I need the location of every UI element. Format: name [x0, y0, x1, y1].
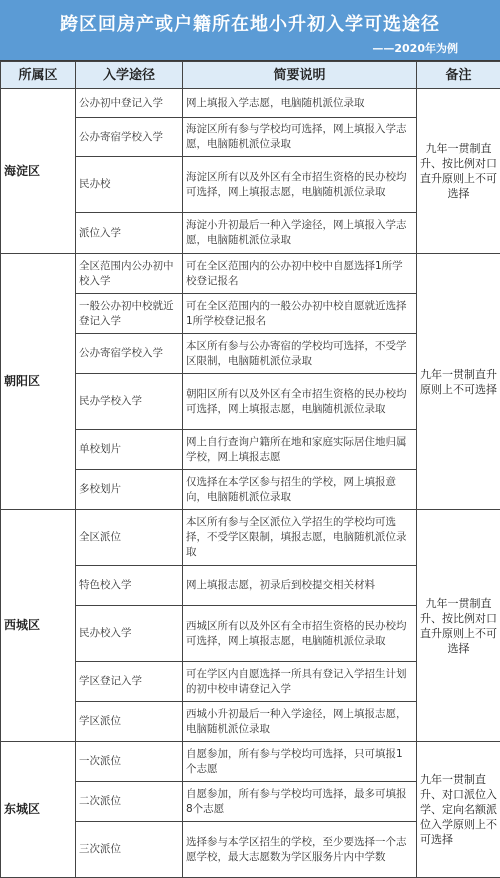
page-title: 跨区回房产或户籍所在地小升初入学可选途径 — [0, 10, 500, 36]
description-cell: 可在全区范围内的一般公办初中校自愿就近选择1所学校登记报名 — [183, 294, 417, 334]
route-cell: 三次派位 — [76, 822, 183, 878]
description-cell: 西城小升初最后一种入学途径，网上填报志愿，电脑随机派位录取 — [183, 702, 417, 742]
route-cell: 民办校 — [76, 157, 183, 213]
title-bar: 跨区回房产或户籍所在地小升初入学可选途径 ——2020年为例 — [0, 0, 500, 61]
description-cell: 网上填报志愿，初录后到校提交相关材料 — [183, 566, 417, 606]
page-subtitle: ——2020年为例 — [372, 40, 458, 56]
route-cell: 公办初中登记入学 — [76, 89, 183, 118]
route-cell: 学区登记入学 — [76, 662, 183, 702]
description-cell: 本区所有参与公办寄宿的学校均可选择，不受学区限制，电脑随机派位录取 — [183, 334, 417, 374]
route-cell: 全区范围内公办初中校入学 — [76, 254, 183, 294]
district-cell: 海淀区 — [1, 89, 76, 254]
description-cell: 自愿参加，所有参与学校均可选择，最多可填报8个志愿 — [183, 782, 417, 822]
description-cell: 海淀小升初最后一种入学途径，网上填报入学志愿，电脑随机派位录取 — [183, 213, 417, 254]
route-cell: 一次派位 — [76, 742, 183, 782]
description-cell: 可在学区内自愿选择一所具有登记入学招生计划的初中校申请登记入学 — [183, 662, 417, 702]
description-cell: 网上自行查询户籍所在地和家庭实际居住地归属学校，网上填报志愿 — [183, 430, 417, 470]
table-row: 东城区一次派位自愿参加，所有参与学校均可选择，只可填报1个志愿九年一贯制直升、对… — [1, 742, 500, 782]
route-cell: 民办学校入学 — [76, 374, 183, 430]
note-cell: 九年一贯制直升原则上不可选择 — [417, 254, 500, 510]
header-row: 所属区 入学途径 简要说明 备注 — [1, 62, 500, 89]
district-cell: 西城区 — [1, 510, 76, 742]
description-cell: 可在全区范围内的公办初中校中自愿选择1所学校登记报名 — [183, 254, 417, 294]
district-cell: 东城区 — [1, 742, 76, 878]
route-cell: 单校划片 — [76, 430, 183, 470]
description-cell: 海淀区所有以及外区有全市招生资格的民办校均可选择，网上填报志愿，电脑随机派位录取 — [183, 157, 417, 213]
description-cell: 本区所有参与全区派位入学招生的学校均可选择，不受学区限制，填报志愿，电脑随机派位… — [183, 510, 417, 566]
note-cell: 九年一贯制直升、按比例对口直升原则上不可选择 — [417, 510, 500, 742]
route-cell: 多校划片 — [76, 470, 183, 510]
note-cell: 九年一贯制直升、按比例对口直升原则上不可选择 — [417, 89, 500, 254]
table-body: 海淀区公办初中登记入学网上填报入学志愿，电脑随机派位录取九年一贯制直升、按比例对… — [1, 89, 500, 878]
route-cell: 一般公办初中校就近登记入学 — [76, 294, 183, 334]
header-route: 入学途径 — [76, 62, 183, 89]
district-cell: 朝阳区 — [1, 254, 76, 510]
admission-routes-table: 所属区 入学途径 简要说明 备注 海淀区公办初中登记入学网上填报入学志愿，电脑随… — [0, 61, 500, 877]
description-cell: 海淀区所有参与学校均可选择，网上填报入学志愿，电脑随机派位录取 — [183, 118, 417, 157]
route-cell: 民办校入学 — [76, 606, 183, 662]
description-cell: 网上填报入学志愿，电脑随机派位录取 — [183, 89, 417, 118]
description-cell: 西城区所有以及外区有全市招生资格的民办校均可选择，网上填报志愿，电脑随机派位录取 — [183, 606, 417, 662]
table-row: 海淀区公办初中登记入学网上填报入学志愿，电脑随机派位录取九年一贯制直升、按比例对… — [1, 89, 500, 118]
route-cell: 二次派位 — [76, 782, 183, 822]
description-cell: 朝阳区所有以及外区有全市招生资格的民办校均可选择，网上填报志愿，电脑随机派位录取 — [183, 374, 417, 430]
description-cell: 选择参与本学区招生的学校，至少要选择一个志愿学校，最大志愿数为学区服务片内中学数 — [183, 822, 417, 878]
route-cell: 派位入学 — [76, 213, 183, 254]
header-description: 简要说明 — [183, 62, 417, 89]
table-row: 西城区全区派位本区所有参与全区派位入学招生的学校均可选择，不受学区限制，填报志愿… — [1, 510, 500, 566]
route-cell: 全区派位 — [76, 510, 183, 566]
route-cell: 特色校入学 — [76, 566, 183, 606]
description-cell: 仅选择在本学区参与招生的学校，网上填报意向，电脑随机派位录取 — [183, 470, 417, 510]
route-cell: 公办寄宿学校入学 — [76, 118, 183, 157]
note-cell: 九年一贯制直升、对口派位入学、定向名额派位入学原则上不可选择 — [417, 742, 500, 878]
route-cell: 公办寄宿学校入学 — [76, 334, 183, 374]
header-note: 备注 — [417, 62, 500, 89]
table-row: 朝阳区全区范围内公办初中校入学可在全区范围内的公办初中校中自愿选择1所学校登记报… — [1, 254, 500, 294]
route-cell: 学区派位 — [76, 702, 183, 742]
header-district: 所属区 — [1, 62, 76, 89]
description-cell: 自愿参加，所有参与学校均可选择，只可填报1个志愿 — [183, 742, 417, 782]
